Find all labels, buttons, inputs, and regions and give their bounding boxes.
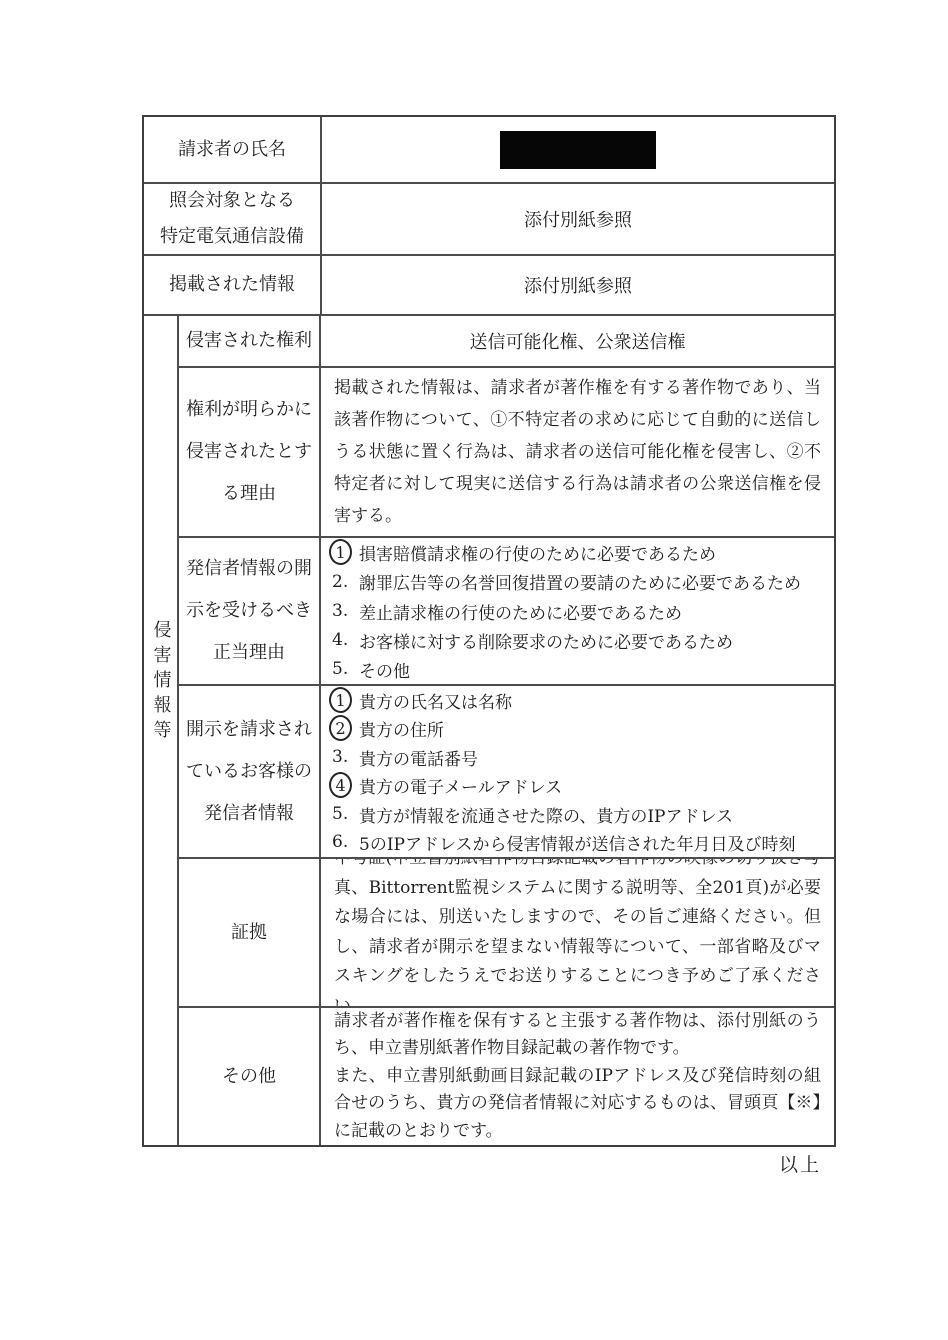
circled-number-mark: 1 — [329, 687, 353, 714]
infringement-reason-label-cell: 権利が明らかに 侵害されたとす る理由 — [179, 368, 321, 536]
posted-info-value-cell: 添付別紙参照 — [322, 256, 834, 314]
infringed-rights-value-cell: 送信可能化権、公衆送信権 — [321, 316, 834, 366]
circled-number-mark: 2 — [329, 715, 353, 742]
list-item-text: 貴方の電話番号 — [359, 745, 478, 770]
circled-number-mark: 1 — [329, 539, 353, 566]
list-item: 5. その他 — [332, 655, 826, 684]
justification-row: 発信者情報の開 示を受けるべき 正当理由 1 損害賠償請求権の行使のために必要で… — [179, 538, 834, 686]
infringed-rights-label: 侵害された権利 — [186, 320, 312, 362]
telecom-facility-row: 照会対象となる 特定電気通信設備 添付別紙参照 — [144, 184, 834, 256]
list-item-text: 貴方が情報を流通させた際の、貴方のIPアドレス — [359, 802, 733, 827]
requested-sender-info-label-cell: 開示を請求され ているお客様の 発信者情報 — [179, 686, 321, 857]
evidence-row: 証拠 甲号証(申立書別紙著作物目録記載の著作物の映像の切り抜き写真、Bittor… — [179, 859, 834, 1008]
list-item-text: 貴方の氏名又は名称 — [359, 688, 512, 713]
list-item: 2 貴方の住所 — [332, 715, 826, 743]
list-item: 1 貴方の氏名又は名称 — [332, 686, 826, 714]
telecom-facility-value: 添付別紙参照 — [524, 206, 632, 232]
requested-sender-info-label: 開示を請求され ているお客様の 発信者情報 — [186, 709, 312, 835]
posted-info-value: 添付別紙参照 — [524, 272, 632, 298]
list-item-number: 3. — [332, 747, 359, 767]
list-item-text: 貴方の電子メールアドレス — [359, 773, 562, 798]
circled-number-mark: 4 — [329, 772, 353, 799]
list-item-number: 5. — [332, 804, 359, 824]
list-item-text: 損害賠償請求権の行使のために必要であるため — [359, 540, 716, 565]
list-item: 1 損害賠償請求権の行使のために必要であるため — [332, 538, 826, 567]
other-value-cell: 請求者が著作権を保有すると主張する著作物は、添付別紙のうち、申立書別紙著作物目録… — [321, 1008, 834, 1145]
other-label-cell: その他 — [179, 1008, 321, 1145]
list-item-number: 2. — [332, 572, 359, 592]
other-paragraph: 請求者が著作権を保有すると主張する著作物は、添付別紙のうち、申立書別紙著作物目録… — [334, 1008, 821, 1145]
requested-sender-info-list: 1 貴方の氏名又は名称 2 貴方の住所 3. 貴方の電話番号 4 — [321, 686, 834, 857]
infringed-rights-label-cell: 侵害された権利 — [179, 316, 321, 366]
infringement-reason-row: 権利が明らかに 侵害されたとす る理由 掲載された情報は、請求者が著作権を有する… — [179, 368, 834, 538]
list-item: 4. お客様に対する削除要求のために必要であるため — [332, 626, 826, 655]
list-item-number: 4. — [332, 630, 359, 650]
list-item-text: 差止請求権の行使のために必要であるため — [359, 599, 682, 624]
list-item-number: 3. — [332, 601, 359, 621]
section-vertical-label-cell: 侵害情報等 — [144, 316, 179, 1145]
telecom-facility-label-cell: 照会対象となる 特定電気通信設備 — [144, 184, 322, 254]
redaction-box — [500, 131, 656, 169]
claimant-name-label-cell: 請求者の氏名 — [144, 117, 322, 182]
list-item-number: 6. — [332, 832, 359, 852]
evidence-label: 証拠 — [231, 912, 267, 954]
evidence-label-cell: 証拠 — [179, 859, 321, 1006]
list-item: 6. 5のIPアドレスから侵害情報が送信された年月日及び時刻 — [332, 828, 826, 856]
posted-info-label-cell: 掲載された情報 — [144, 256, 322, 314]
infringement-info-section: 侵害情報等 侵害された権利 送信可能化権、公衆送信権 権利が明らかに 侵害された… — [144, 316, 834, 1145]
list-item-text: 貴方の住所 — [359, 716, 444, 741]
infringement-reason-paragraph: 掲載された情報は、請求者が著作権を有する著作物であり、当該著作物について、①不特… — [334, 372, 821, 532]
list-item: 5. 貴方が情報を流通させた際の、貴方のIPアドレス — [332, 800, 826, 828]
infringement-reason-value-cell: 掲載された情報は、請求者が著作権を有する著作物であり、当該著作物について、①不特… — [321, 368, 834, 536]
claimant-name-label: 請求者の氏名 — [178, 132, 286, 168]
claimant-name-row: 請求者の氏名 — [144, 117, 834, 184]
list-item-text: 5のIPアドレスから侵害情報が送信された年月日及び時刻 — [359, 830, 795, 855]
infringed-rights-row: 侵害された権利 送信可能化権、公衆送信権 — [179, 316, 834, 368]
list-item: 2. 謝罪広告等の名誉回復措置の要請のために必要であるため — [332, 567, 826, 596]
list-item-text: 謝罪広告等の名誉回復措置の要請のために必要であるため — [359, 569, 801, 594]
scanned-document-page: 請求者の氏名 照会対象となる 特定電気通信設備 添付別紙参照 掲載された情報 添… — [0, 0, 948, 1340]
disclosure-request-table: 請求者の氏名 照会対象となる 特定電気通信設備 添付別紙参照 掲載された情報 添… — [142, 115, 836, 1147]
section-vertical-label: 侵害情報等 — [148, 620, 174, 745]
other-label: その他 — [222, 1056, 276, 1098]
justification-label: 発信者情報の開 示を受けるべき 正当理由 — [186, 548, 312, 674]
evidence-paragraph: 甲号証(申立書別紙著作物目録記載の著作物の映像の切り抜き写真、Bittorren… — [334, 859, 821, 1006]
posted-info-label: 掲載された情報 — [169, 267, 295, 303]
list-item-text: その他 — [359, 657, 410, 682]
telecom-facility-label: 照会対象となる 特定電気通信設備 — [160, 184, 304, 254]
requested-sender-info-row: 開示を請求され ているお客様の 発信者情報 1 貴方の氏名又は名称 2 貴方の住… — [179, 686, 834, 859]
list-item: 3. 差止請求権の行使のために必要であるため — [332, 596, 826, 625]
section-rows: 侵害された権利 送信可能化権、公衆送信権 権利が明らかに 侵害されたとす る理由… — [179, 316, 834, 1145]
claimant-name-value-cell — [322, 117, 834, 182]
list-item: 4 貴方の電子メールアドレス — [332, 772, 826, 800]
infringement-reason-label: 権利が明らかに 侵害されたとす る理由 — [186, 389, 312, 515]
evidence-value-cell: 甲号証(申立書別紙著作物目録記載の著作物の映像の切り抜き写真、Bittorren… — [321, 859, 834, 1006]
justification-list: 1 損害賠償請求権の行使のために必要であるため 2. 謝罪広告等の名誉回復措置の… — [321, 538, 834, 684]
list-item-number: 5. — [332, 659, 359, 679]
posted-info-row: 掲載された情報 添付別紙参照 — [144, 256, 834, 316]
justification-label-cell: 発信者情報の開 示を受けるべき 正当理由 — [179, 538, 321, 684]
other-row: その他 請求者が著作権を保有すると主張する著作物は、添付別紙のうち、申立書別紙著… — [179, 1008, 834, 1145]
list-item-text: お客様に対する削除要求のために必要であるため — [359, 628, 733, 653]
closing-statement: 以上 — [779, 1150, 821, 1177]
list-item: 3. 貴方の電話番号 — [332, 743, 826, 771]
telecom-facility-value-cell: 添付別紙参照 — [322, 184, 834, 254]
infringed-rights-value: 送信可能化権、公衆送信権 — [470, 328, 686, 354]
